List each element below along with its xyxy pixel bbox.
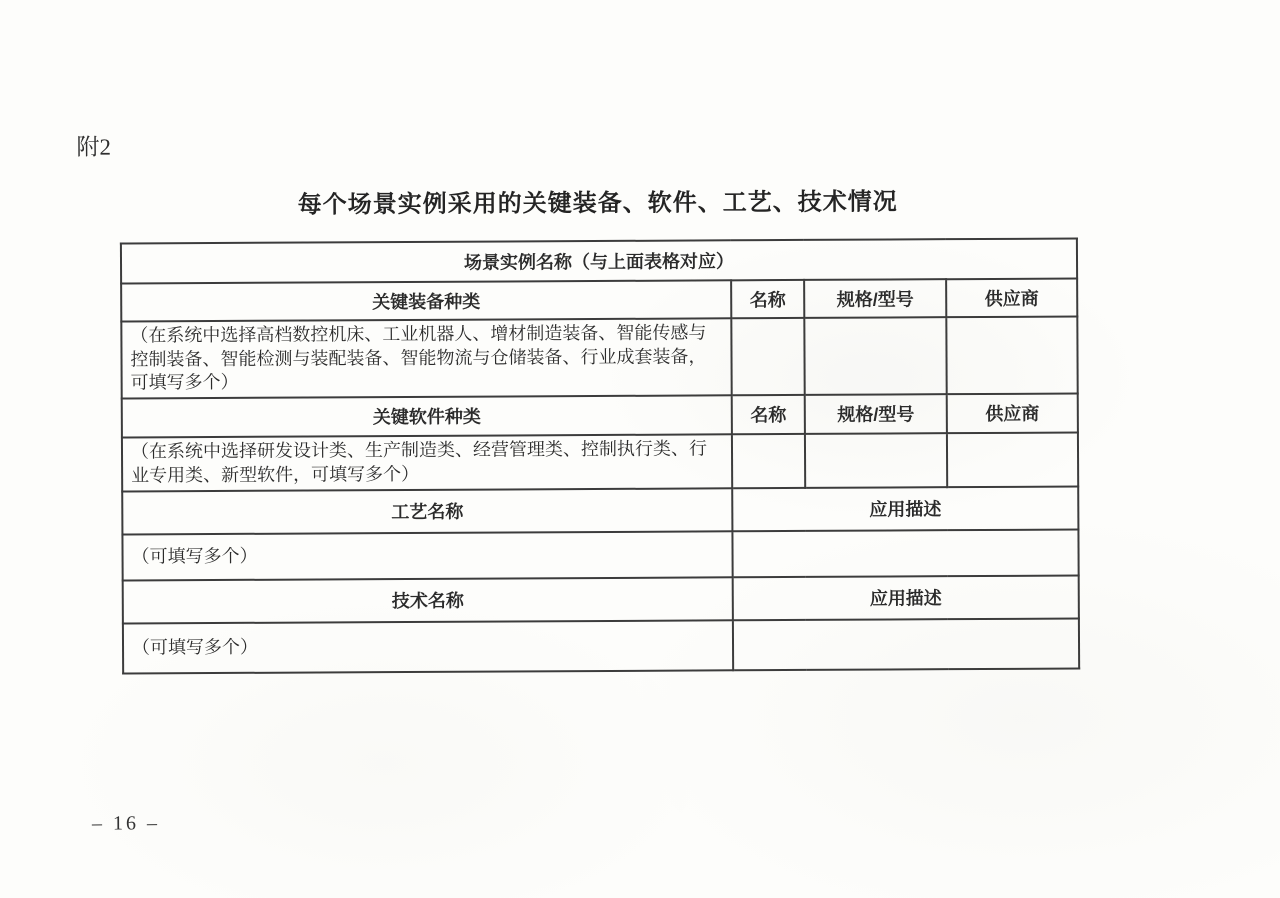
software-spec-cell bbox=[805, 433, 947, 488]
equipment-spec-column-header: 规格/型号 bbox=[804, 279, 946, 318]
process-entry-row: （可填写多个） bbox=[122, 529, 1078, 580]
equipment-note-cell: （在系统中选择高档数控机床、工业机器人、增材制造装备、智能传感与控制装备、智能检… bbox=[121, 318, 731, 398]
process-header-row: 工艺名称 应用描述 bbox=[122, 486, 1078, 534]
technology-header-row: 技术名称 应用描述 bbox=[123, 575, 1079, 623]
equipment-name-column-header: 名称 bbox=[731, 280, 804, 318]
scan-tilt-wrapper: 附2 每个场景实例采用的关键装备、软件、工艺、技术情况 场景实例名称（与上面表格… bbox=[0, 0, 1280, 898]
scanned-page: 附2 每个场景实例采用的关键装备、软件、工艺、技术情况 场景实例名称（与上面表格… bbox=[0, 0, 1280, 898]
software-note-cell: （在系统中选择研发设计类、生产制造类、经营管理类、控制执行类、行业专用类、新型软… bbox=[122, 434, 732, 491]
equipment-name-cell bbox=[731, 318, 804, 395]
technology-name-header-cell: 技术名称 bbox=[123, 577, 733, 623]
software-supplier-cell bbox=[947, 432, 1078, 487]
equipment-header-row: 关键装备种类 名称 规格/型号 供应商 bbox=[121, 278, 1077, 321]
software-category-header-cell: 关键软件种类 bbox=[122, 395, 732, 437]
process-description-header-cell: 应用描述 bbox=[732, 486, 1078, 531]
equipment-supplier-column-header: 供应商 bbox=[946, 278, 1077, 317]
process-name-header-cell: 工艺名称 bbox=[122, 488, 732, 534]
technology-description-header-cell: 应用描述 bbox=[733, 575, 1079, 620]
page-number: – 16 – bbox=[92, 812, 160, 835]
equipment-entry-row: （在系统中选择高档数控机床、工业机器人、增材制造装备、智能传感与控制装备、智能检… bbox=[121, 316, 1077, 398]
key-items-table: 场景实例名称（与上面表格对应） 关键装备种类 名称 规格/型号 供应商 （在系统… bbox=[120, 237, 1080, 674]
software-entry-row: （在系统中选择研发设计类、生产制造类、经营管理类、控制执行类、行业专用类、新型软… bbox=[122, 432, 1078, 491]
equipment-spec-cell bbox=[804, 317, 946, 394]
process-description-cell bbox=[732, 529, 1078, 577]
software-header-row: 关键软件种类 名称 规格/型号 供应商 bbox=[122, 393, 1078, 437]
attachment-label: 附2 bbox=[76, 129, 111, 162]
software-name-column-header: 名称 bbox=[732, 395, 805, 434]
technology-note-cell: （可填写多个） bbox=[123, 620, 733, 673]
technology-description-cell bbox=[733, 618, 1079, 670]
technology-entry-row: （可填写多个） bbox=[123, 618, 1079, 673]
software-supplier-column-header: 供应商 bbox=[947, 393, 1078, 433]
process-note-cell: （可填写多个） bbox=[122, 531, 732, 580]
equipment-category-header-cell: 关键装备种类 bbox=[121, 280, 731, 321]
software-spec-column-header: 规格/型号 bbox=[805, 394, 947, 434]
software-name-cell bbox=[732, 434, 805, 488]
page-title: 每个场景实例采用的关键装备、软件、工艺、技术情况 bbox=[120, 181, 1076, 221]
scene-name-row: 场景实例名称（与上面表格对应） bbox=[121, 239, 1077, 284]
scene-name-header-cell: 场景实例名称（与上面表格对应） bbox=[121, 239, 1077, 284]
equipment-supplier-cell bbox=[946, 316, 1077, 393]
